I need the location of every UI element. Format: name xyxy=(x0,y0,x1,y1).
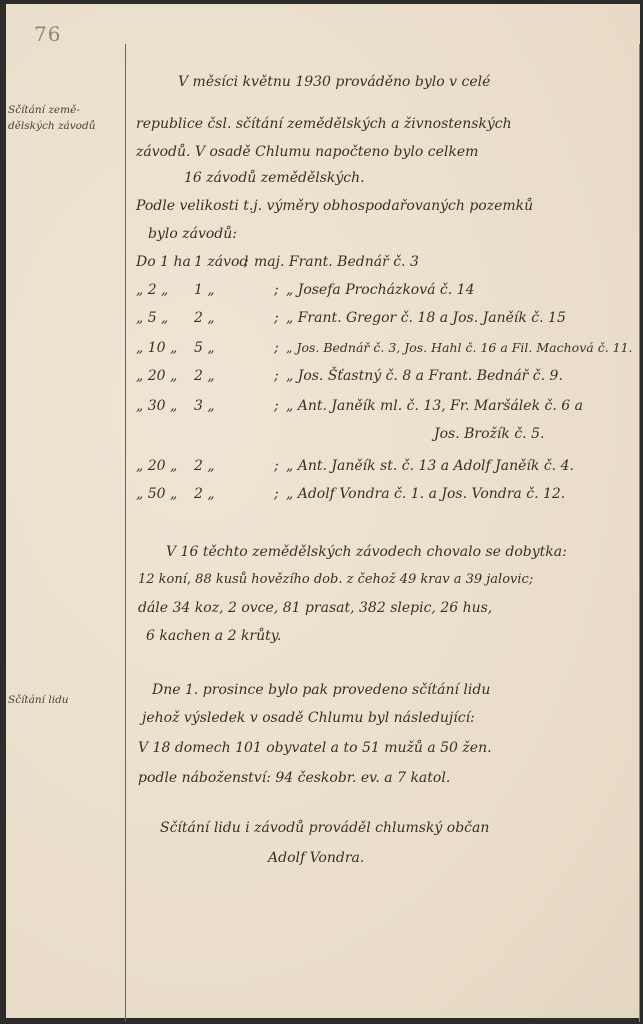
farm-size: „ 2 „ xyxy=(136,282,168,298)
text-line: Dne 1. prosince bylo pak provedeno sčítá… xyxy=(152,682,490,698)
text-line: bylo závodů: xyxy=(148,226,237,242)
farm-owners: „ Jos. Šťastný č. 8 a Frant. Bednář č. 9… xyxy=(286,368,563,384)
text-line: dále 34 koz, 2 ovce, 81 prasat, 382 slep… xyxy=(138,600,492,616)
farm-owners: „ Josefa Procházková č. 14 xyxy=(286,282,475,298)
farm-owners: „ Ant. Janěík st. č. 13 a Adolf Janěík č… xyxy=(286,458,574,474)
text-line: závodů. V osadě Chlumu napočteno bylo ce… xyxy=(136,144,478,160)
farm-sep: ; xyxy=(244,254,249,270)
farm-owners: „ Frant. Gregor č. 18 a Jos. Janěík č. 1… xyxy=(286,310,566,326)
farm-sep: ; xyxy=(274,368,279,384)
text-line: Podle velikosti t.j. výměry obhospodařov… xyxy=(136,198,533,214)
farm-count: 2 „ xyxy=(194,458,215,474)
farm-size: „ 5 „ xyxy=(136,310,168,326)
farm-owners: „ Jos. Bednář č. 3, Jos. Hahl č. 16 a Fi… xyxy=(286,340,633,355)
farm-count: 1 „ xyxy=(194,282,215,298)
farm-sep: ; xyxy=(274,340,279,356)
text-line: republice čsl. sčítání zemědělských a ži… xyxy=(136,116,512,132)
text-line: jehož výsledek v osadě Chlumu byl násled… xyxy=(142,710,475,726)
farm-sep: ; xyxy=(274,398,279,414)
farm-owners-continuation: Jos. Brožík č. 5. xyxy=(434,426,544,442)
farm-sep: ; xyxy=(274,486,279,502)
text-line: podle náboženství: 94 českobr. ev. a 7 k… xyxy=(138,770,450,786)
margin-note-agricultural-census: Sčítání země- dělských závodů xyxy=(8,102,113,134)
text-line: 6 kachen a 2 krůty. xyxy=(146,628,281,644)
farm-count: 1 závod xyxy=(194,254,248,270)
farm-owners: maj. Frant. Bednář č. 3 xyxy=(254,254,419,270)
farm-size: „ 20 „ xyxy=(136,458,177,474)
farm-count: 2 „ xyxy=(194,486,215,502)
margin-rule xyxy=(125,44,126,1022)
farm-count: 3 „ xyxy=(194,398,215,414)
text-line: V 18 domech 101 obyvatel a to 51 mužů a … xyxy=(138,740,492,756)
farm-sep: ; xyxy=(274,458,279,474)
farm-size: „ 20 „ xyxy=(136,368,177,384)
farm-owners: „ Ant. Janěík ml. č. 13, Fr. Maršálek č.… xyxy=(286,398,583,414)
text-line: V měsíci květnu 1930 prováděno bylo v ce… xyxy=(178,74,490,90)
text-line: 16 závodů zemědělských. xyxy=(184,170,365,186)
page-number: 76 xyxy=(34,22,61,46)
farm-size: „ 50 „ xyxy=(136,486,177,502)
text-line: 12 koní, 88 kusů hovězího dob. z čehož 4… xyxy=(138,572,533,587)
chronicle-page: 76 Sčítání země- dělských závodů Sčítání… xyxy=(6,4,640,1018)
farm-count: 5 „ xyxy=(194,340,215,356)
farm-size: Do 1 ha xyxy=(136,254,191,270)
farm-count: 2 „ xyxy=(194,310,215,326)
farm-size: „ 10 „ xyxy=(136,340,177,356)
farm-size: „ 30 „ xyxy=(136,398,177,414)
right-page-edge xyxy=(639,44,640,1022)
margin-note-line: dělských závodů xyxy=(8,118,113,134)
margin-note-population-census: Sčítání lidu xyxy=(8,692,113,708)
signature-line: Adolf Vondra. xyxy=(268,850,364,866)
text-line: V 16 těchto zemědělských závodech choval… xyxy=(166,544,567,560)
farm-sep: ; xyxy=(274,282,279,298)
farm-sep: ; xyxy=(274,310,279,326)
margin-note-line: Sčítání země- xyxy=(8,102,113,118)
farm-owners: „ Adolf Vondra č. 1. a Jos. Vondra č. 12… xyxy=(286,486,565,502)
text-line: Sčítání lidu i závodů prováděl chlumský … xyxy=(160,820,489,836)
margin-note-line: Sčítání lidu xyxy=(8,692,113,708)
farm-count: 2 „ xyxy=(194,368,215,384)
